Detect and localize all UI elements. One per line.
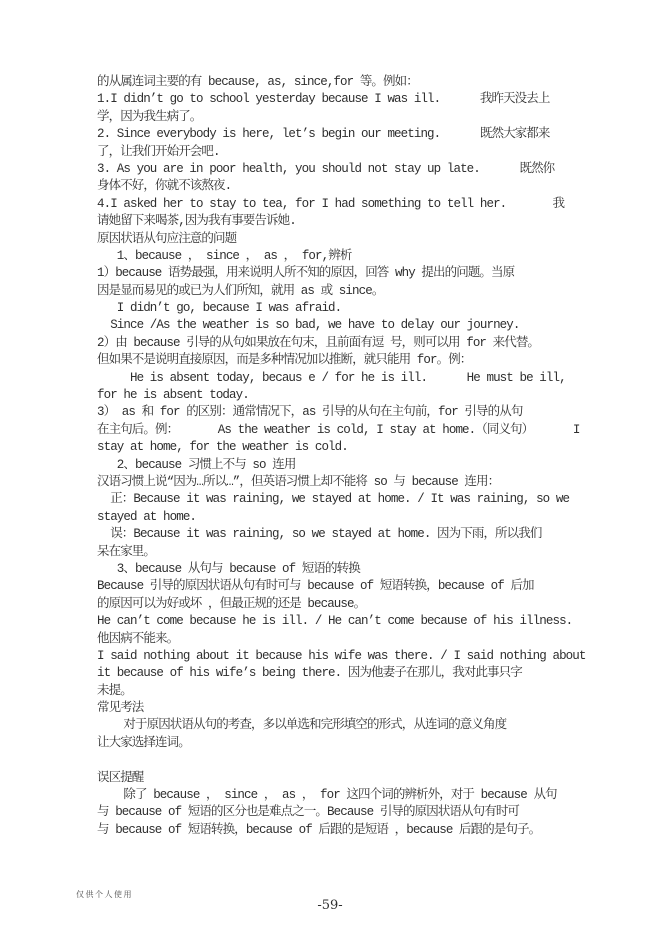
text-line	[97, 752, 577, 769]
text-line: He is absent today, becaus e / for he is…	[97, 370, 577, 387]
text-line: Because 引导的原因状语从句有时可与 because of 短语转换，be…	[97, 578, 577, 595]
text-line: 2. Since everybody is here, let’s begin …	[97, 126, 577, 143]
text-line: 1.I didn’t go to school yesterday becaus…	[97, 91, 577, 108]
page-number: -59-	[0, 898, 660, 913]
text-line: 呆在家里。	[97, 544, 577, 561]
text-line: 汉语习惯上说“因为…所以…”，但英语习惯上却不能将 so 与 because 连…	[97, 474, 577, 491]
text-line: 3. As you are in poor health, you should…	[97, 161, 577, 178]
text-line: He can’t come because he is ill. / He ca…	[97, 613, 577, 630]
text-line: 与 because of 短语转换，because of 后跟的是短语 ，bec…	[97, 822, 577, 839]
text-line: it because of his wife’s being there. 因为…	[97, 665, 577, 682]
text-line: 1）because 语势最强，用来说明人所不知的原因，回答 why 提出的问题。…	[97, 265, 577, 282]
text-line: 2）由 because 引导的从句如果放在句末，且前面有逗 号，则可以用 for…	[97, 335, 577, 352]
text-line: 在主句后。例： As the weather is cold, I stay a…	[97, 422, 577, 439]
document-body: 的从属连词主要的有 because, as, since,for 等。例如：1.…	[97, 74, 577, 839]
text-line: 2、because 习惯上不与 so 连用	[97, 457, 577, 474]
text-line: 原因状语从句应注意的问题	[97, 231, 577, 248]
text-line: 常见考法	[97, 700, 577, 717]
text-line: stayed at home.	[97, 509, 577, 526]
text-line: 的从属连词主要的有 because, as, since,for 等。例如：	[97, 74, 577, 91]
text-line: 4.I asked her to stay to tea, for I had …	[97, 196, 577, 213]
text-line: 让大家选择连词。	[97, 735, 577, 752]
text-line: 3、because 从句与 because of 短语的转换	[97, 561, 577, 578]
text-line: 1、because ， since ， as ， for,辨析	[97, 248, 577, 265]
text-line: 请她留下来喝茶,因为我有事要告诉她.	[97, 213, 577, 230]
text-line: 了，让我们开始开会吧.	[97, 144, 577, 161]
text-line: I didn’t go, because I was afraid.	[97, 300, 577, 317]
text-line: 与 because of 短语的区分也是难点之一。Because 引导的原因状语…	[97, 804, 577, 821]
text-line: 误区提醒	[97, 770, 577, 787]
text-line: 的原因可以为好或坏 ，但最正规的还是 because。	[97, 596, 577, 613]
document-page: 的从属连词主要的有 because, as, since,for 等。例如：1.…	[0, 0, 660, 933]
text-line: 但如果不是说明直接原因，而是多种情况加以推断，就只能用 for。例：	[97, 352, 577, 369]
text-line: 除了 because ， since ， as ， for 这四个词的辨析外，对…	[97, 787, 577, 804]
text-line: 他因病不能来。	[97, 631, 577, 648]
text-line: stay at home, for the weather is cold.	[97, 439, 577, 456]
text-line: 3） as 和 for 的区别：通常情况下，as 引导的从句在主句前，for 引…	[97, 404, 577, 421]
text-line: 学，因为我生病了。	[97, 109, 577, 126]
text-line: 未提。	[97, 683, 577, 700]
text-line: 误：Because it was raining, so we stayed a…	[97, 526, 577, 543]
text-line: 身体不好，你就不该熬夜.	[97, 178, 577, 195]
text-line: Since /As the weather is so bad, we have…	[97, 317, 577, 334]
text-line: for he is absent today.	[97, 387, 577, 404]
text-line: 正：Because it was raining, we stayed at h…	[97, 491, 577, 508]
text-line: 因是显而易见的或已为人们所知，就用 as 或 since。	[97, 283, 577, 300]
text-line: 对于原因状语从句的考查，多以单选和完形填空的形式，从连词的意义角度	[97, 717, 577, 734]
text-line: I said nothing about it because his wife…	[97, 648, 577, 665]
